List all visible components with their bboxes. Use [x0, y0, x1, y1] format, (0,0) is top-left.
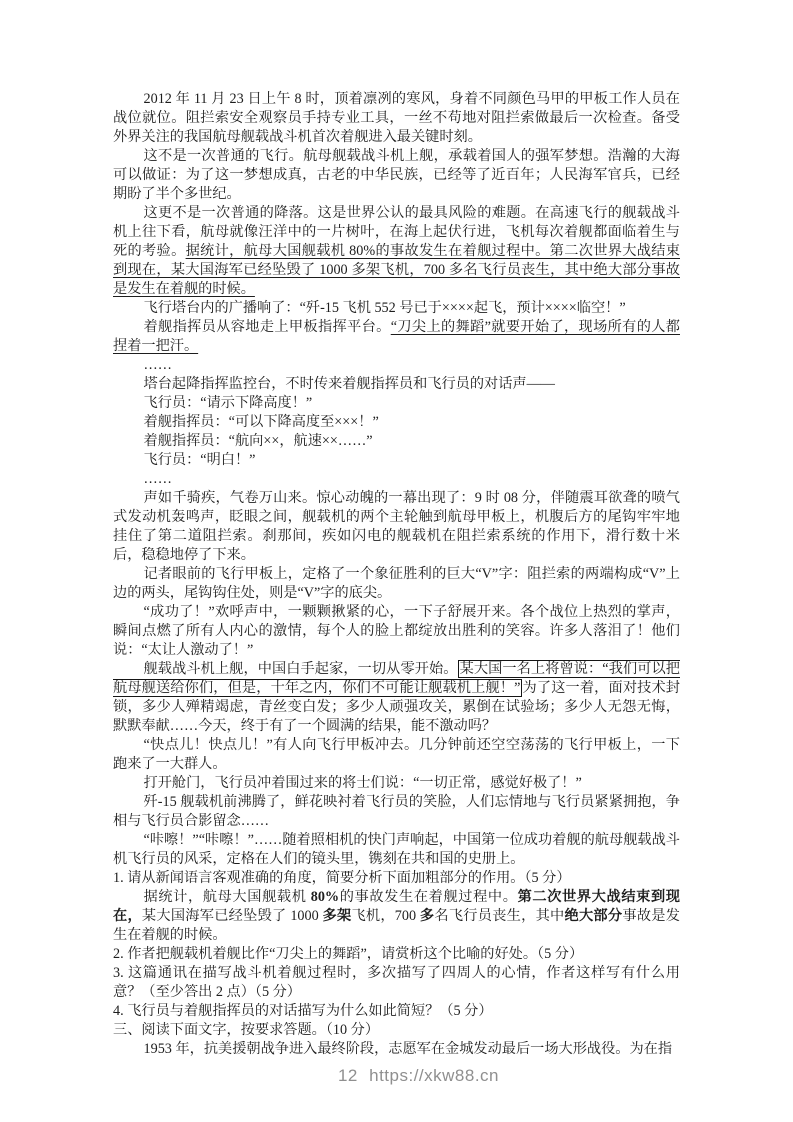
paragraph-14: 记者眼前的飞行甲板上，定格了一个象征胜利的巨大“V”字：阻拦索的两端构成“V”上…: [113, 565, 680, 603]
paragraph-19: 歼-15 舰载机前沸腾了，鲜花映衬着飞行员的笑脸，人们忘情地与飞行员紧紧拥抱，争…: [113, 793, 680, 831]
text-run: 1. 请从新闻语言客观准确的角度，简要分析下面加粗部分的作用。（5 分）: [113, 870, 571, 886]
paragraph-10: 着舰指挥员：“航向××，航速××……”: [113, 432, 680, 451]
bold-text-run: 多架: [323, 908, 352, 924]
paragraph-16: 舰载战斗机上舰，中国白手起家，一切从零开始。某大国一名上将曾说：“我们可以把航母…: [113, 660, 680, 736]
text-run: 着舰指挥员从容地走上甲板指挥平台。: [144, 319, 391, 335]
text-run: 名飞行员丧生，其中: [434, 908, 564, 924]
text-run: 1953 年，抗美援朝战争进入最终阶段，志愿军在金城发动最后一场大形战役。为在指: [144, 1041, 673, 1057]
watermark-url: https://xkw88.cn: [369, 1066, 499, 1085]
paragraph-9: 着舰指挥员：“可以下降高度至×××！”: [113, 413, 680, 432]
text-run: 3. 这篇通讯在描写战斗机着舰过程时，多次描写了四周人的心情，作者这样写有什么用…: [113, 965, 680, 1000]
text-run: 飞行员：“明白！”: [144, 452, 256, 468]
text-run: 声如千骑疾，气卷万山来。惊心动魄的一幕出现了：9 时 08 分，伴随震耳欲聋的喷…: [113, 490, 680, 563]
text-run: 2. 作者把舰载机着舰比作“刀尖上的舞蹈”，请赏析这个比喻的好处。（5 分）: [113, 946, 583, 962]
paragraph-4: 飞行塔台内的广播响了：“歼-15 飞机 552 号已于××××起飞，预计××××…: [113, 299, 680, 318]
text-run: 飞机，700: [351, 908, 419, 924]
text-run: 这不是一次普通的飞行。航母舰载战斗机上舰，承载着国人的强军梦想。浩瀚的大海可以做…: [113, 148, 680, 202]
text-run: “成功了！”欢呼声中，一颗颗揪紧的心，一下子舒展开来。各个战位上热烈的掌声，瞬间…: [113, 604, 680, 658]
text-run: 歼-15 舰载机前沸腾了，鲜花映衬着飞行员的笑脸，人们忘情地与飞行员紧紧拥抱，争…: [113, 794, 680, 829]
text-run: 某大国海军已经坠毁了 1000: [142, 908, 323, 924]
paragraph-13: 声如千骑疾，气卷万山来。惊心动魄的一幕出现了：9 时 08 分，伴随震耳欲聋的喷…: [113, 489, 680, 565]
text-run: 打开舱门，飞行员冲着围过来的将士们说：“一切正常，感觉好极了！”: [144, 775, 582, 791]
text-run: ……: [144, 357, 172, 373]
paragraph-26: 三、阅读下面文字，按要求答题。（10 分）: [113, 1021, 680, 1040]
text-run: 记者眼前的飞行甲板上，定格了一个象征胜利的巨大“V”字：阻拦索的两端构成“V”上…: [113, 566, 680, 601]
text-run: “咔嚓！”“咔嚓！”……随着照相机的快门声响起，中国第一位成功着舰的航母舰载战斗…: [113, 832, 680, 867]
paragraph-24: 3. 这篇通讯在描写战斗机着舰过程时，多次描写了四周人的心情，作者这样写有什么用…: [113, 964, 680, 1002]
text-run: 的事故发生在着舰过程中。: [339, 889, 517, 905]
bold-text-run: 80%: [311, 889, 339, 905]
text-run: ……: [144, 471, 172, 487]
paragraph-23: 2. 作者把舰载机着舰比作“刀尖上的舞蹈”，请赏析这个比喻的好处。（5 分）: [113, 945, 680, 964]
paragraph-8: 飞行员：“请示下降高度！”: [113, 394, 680, 413]
text-run: “快点儿！快点儿！”有人向飞行甲板冲去。几分钟前还空空荡荡的飞行甲板上，一下跑来…: [113, 737, 680, 772]
text-run: 飞行员：“请示下降高度！”: [144, 395, 313, 411]
text-run: 塔台起降指挥监控台，不时传来着舰指挥员和飞行员的对话声——: [144, 376, 555, 392]
paragraph-3: 这更不是一次普通的降落。这是世界公认的最具风险的难题。在高速飞行的舰载战斗机上往…: [113, 204, 680, 299]
page-number: 12: [338, 1066, 358, 1085]
text-run: 着舰指挥员：“航向××，航速××……”: [144, 433, 373, 449]
paragraph-7: 塔台起降指挥监控台，不时传来着舰指挥员和飞行员的对话声——: [113, 375, 680, 394]
paragraph-18: 打开舱门，飞行员冲着围过来的将士们说：“一切正常，感觉好极了！”: [113, 774, 680, 793]
paragraph-15: “成功了！”欢呼声中，一颗颗揪紧的心，一下子舒展开来。各个战位上热烈的掌声，瞬间…: [113, 603, 680, 660]
paragraph-11: 飞行员：“明白！”: [113, 451, 680, 470]
document-page: 2012 年 11 月 23 日上午 8 时，顶着凛冽的寒风，身着不同颜色马甲的…: [0, 0, 793, 1122]
paragraph-27: 1953 年，抗美援朝战争进入最终阶段，志愿军在金城发动最后一场大形战役。为在指: [113, 1040, 680, 1059]
paragraph-22: 据统计，航母大国舰载机 80%的事故发生在着舰过程中。第二次世界大战结束到现在，…: [113, 888, 680, 945]
paragraph-17: “快点儿！快点儿！”有人向飞行甲板冲去。几分钟前还空空荡荡的飞行甲板上，一下跑来…: [113, 736, 680, 774]
text-run: 三、阅读下面文字，按要求答题。（10 分）: [113, 1022, 379, 1038]
underlined-text-run: 据统计，航母大国舰载机 80%的事故发生在着舰过程中。第二次世界大战结束到现在，…: [113, 243, 680, 297]
text-run: 飞行塔台内的广播响了：“歼-15 飞机 552 号已于××××起飞，预计××××…: [144, 300, 626, 316]
paragraph-21: 1. 请从新闻语言客观准确的角度，简要分析下面加粗部分的作用。（5 分）: [113, 869, 680, 888]
paragraph-25: 4. 飞行员与着舰指挥员的对话描写为什么如此简短？（5 分）: [113, 1002, 680, 1021]
text-run: 2012 年 11 月 23 日上午 8 时，顶着凛冽的寒风，身着不同颜色马甲的…: [113, 91, 680, 145]
text-run: 舰载战斗机上舰，中国白手起家，一切从零开始。: [144, 661, 458, 677]
bold-text-run: 多: [420, 908, 434, 924]
paragraph-6: ……: [113, 356, 680, 375]
document-body: 2012 年 11 月 23 日上午 8 时，顶着凛冽的寒风，身着不同颜色马甲的…: [113, 90, 680, 1059]
paragraph-12: ……: [113, 470, 680, 489]
text-run: 据统计，航母大国舰载机: [144, 889, 311, 905]
text-run: 着舰指挥员：“可以下降高度至×××！”: [144, 414, 379, 430]
text-run: 4. 飞行员与着舰指挥员的对话描写为什么如此简短？（5 分）: [113, 1003, 493, 1019]
paragraph-20: “咔嚓！”“咔嚓！”……随着照相机的快门声响起，中国第一位成功着舰的航母舰载战斗…: [113, 831, 680, 869]
page-footer: 12 https://xkw88.cn: [22, 1066, 793, 1086]
paragraph-5: 着舰指挥员从容地走上甲板指挥平台。“刀尖上的舞蹈”就要开始了，现场所有的人都捏着…: [113, 318, 680, 356]
bold-text-run: 绝大部分: [565, 908, 623, 924]
paragraph-2: 这不是一次普通的飞行。航母舰载战斗机上舰，承载着国人的强军梦想。浩瀚的大海可以做…: [113, 147, 680, 204]
paragraph-1: 2012 年 11 月 23 日上午 8 时，顶着凛冽的寒风，身着不同颜色马甲的…: [113, 90, 680, 147]
